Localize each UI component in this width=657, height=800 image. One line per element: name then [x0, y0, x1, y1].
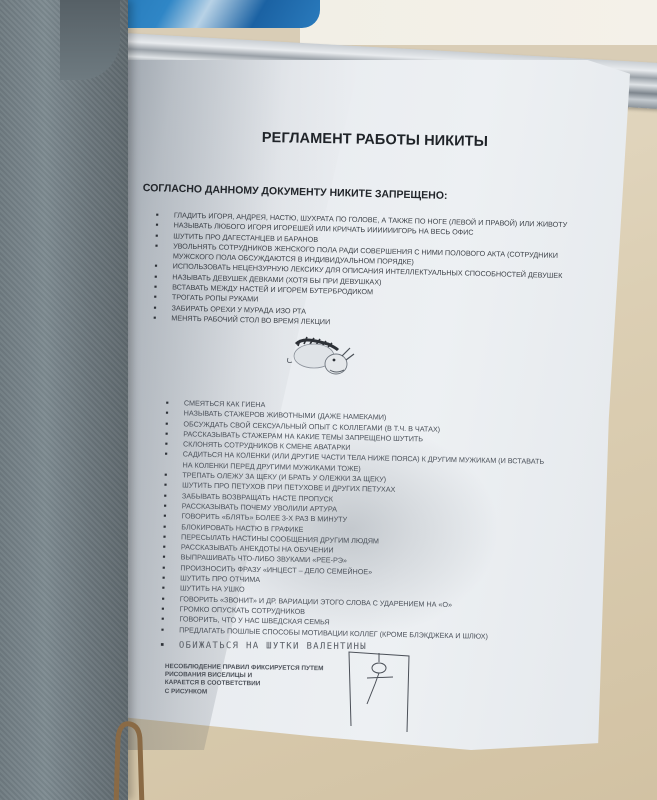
document-subtitle: СОГЛАСНО ДАННОМУ ДОКУМЕНТУ НИКИТЕ ЗАПРЕЩ… [143, 182, 448, 202]
boar-illustration [282, 334, 362, 384]
photo-scene: РЕГЛАМЕНТ РАБОТЫ НИКИТЫ СОГЛАСНО ДАННОМУ… [0, 0, 657, 800]
document-title: РЕГЛАМЕНТ РАБОТЫ НИКИТЫ [262, 130, 488, 150]
hangman-drawing [345, 648, 420, 733]
penalty-note: НЕСОБЛЮДЕНИЕ ПРАВИЛ ФИКСИРУЕТСЯ ПУТЕМРИС… [165, 663, 345, 698]
penalty-note-line: С РИСУНКОМ [165, 688, 345, 699]
rules-list-part2: СМЕЯТЬСЯ КАК ГИЕНАНАЗЫВАТЬ СТАЖЕРОВ ЖИВО… [161, 398, 556, 656]
rules-list-part1: ГЛАДИТЬ ИГОРЯ, АНДРЕЯ, НАСТЮ, ШУХРАТА ПО… [153, 210, 586, 334]
fabric-partition [0, 0, 128, 800]
brown-cord [108, 718, 148, 800]
